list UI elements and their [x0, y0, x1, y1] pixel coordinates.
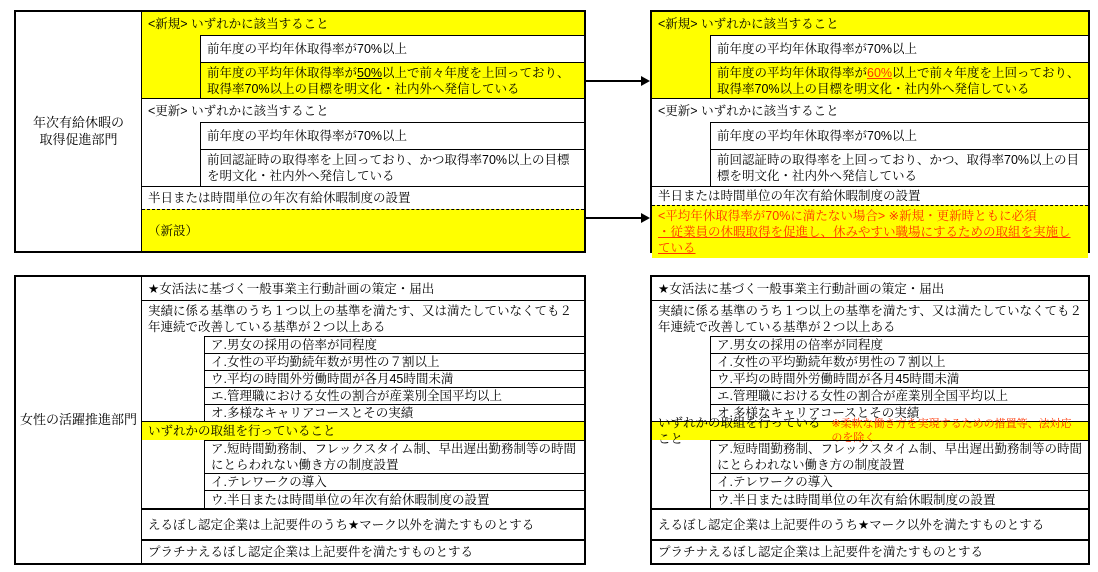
criterion-u-after: ウ.平均の時間外労働時間が各月45時間未満 [711, 370, 1088, 387]
initiatives-header: いずれかの取組を行っていること [142, 422, 584, 440]
category-label-line1: 年次有給休暇の [33, 115, 124, 132]
new-group-stack-after: 前年度の平均年休取得率が70%以上 前年度の平均年休取得率が60%以上で前々年度… [710, 35, 1088, 98]
criterion-e: エ.管理職における女性の割合が産業別全国平均以上 [205, 387, 584, 404]
renewal-criterion-improve-text-after: 前回認証時の取得率を上回っており、かつ、取得率70%以上の目標を明文化・社内外へ… [717, 152, 1082, 184]
initiative-u: ウ.半日または時間単位の年次有給休暇制度の設置 [205, 490, 584, 508]
performance-criteria-intro-text: 実績に係る基準のうち１つ以上の基準を満たす、又は満たしていなくても２年連続で改善… [148, 303, 578, 335]
criterion-i-after: イ.女性の平均勤続年数が男性の７割以上 [711, 353, 1088, 370]
renewal-group-stack-after: 前年度の平均年休取得率が70%以上 前回認証時の取得率を上回っており、かつ、取得… [710, 122, 1088, 186]
new-group-gutter-after [652, 35, 710, 98]
renewal-certification-header: <更新> いずれかに該当すること [142, 99, 584, 122]
below-70pct-required-action: ・従業員の休暇取得を促進し、休みやすい職場にするための取組を実施している [658, 224, 1082, 256]
eruboshi-rule-row-after: えるぼし認定企業は上記要件のうち★マーク以外を満たすものとする [652, 508, 1088, 539]
category-label-line2: 取得促進部門 [39, 132, 117, 149]
new-group-stack: 前年度の平均年休取得率が70%以上 前年度の平均年休取得率が50%以上で前々年度… [200, 35, 584, 98]
criteria-stack: ア.男女の採用の倍率が同程度 イ.女性の平均勤続年数が男性の７割以上 ウ.平均の… [204, 336, 584, 421]
new-criterion-70pct-after: 前年度の平均年休取得率が70%以上 [711, 35, 1088, 62]
initiative-a-text: ア.短時間勤務制、フレックスタイム制、早出遅出勤務制等の時間にとらわれない働き方… [211, 441, 578, 473]
change-arrow-bottom [585, 217, 641, 219]
change-arrow-top [585, 80, 641, 82]
women-advancement-content-after: ★女活法に基づく一般事業主行動計画の策定・届出 実績に係る基準のうち１つ以上の基… [652, 277, 1088, 563]
initiatives-gutter [142, 440, 204, 508]
initiatives-stack-after: ア.短時間勤務制、フレックスタイム制、早出遅出勤務制等の時間にとらわれない働き方… [710, 440, 1088, 508]
initiatives-body-after: ア.短時間勤務制、フレックスタイム制、早出遅出勤務制等の時間にとらわれない働き方… [652, 440, 1088, 508]
new-certification-header: <新規> いずれかに該当すること [142, 12, 584, 35]
criterion-a: ア.男女の採用の倍率が同程度 [205, 336, 584, 353]
new-certification-header-after: <新規> いずれかに該当すること [652, 12, 1088, 35]
initiative-a-after: ア.短時間勤務制、フレックスタイム制、早出遅出勤務制等の時間にとらわれない働き方… [711, 440, 1088, 473]
annual-leave-category-label: 年次有給休暇の 取得促進部門 [16, 12, 142, 251]
initiatives-group-after: いずれかの取組を行っていること ※柔軟な働き方を実現するための措置等、法対応のを… [652, 421, 1088, 508]
renewal-group-gutter-after [652, 122, 710, 186]
renewal-criterion-70pct: 前年度の平均年休取得率が70%以上 [201, 122, 584, 149]
initiative-i-after: イ.テレワークの導入 [711, 473, 1088, 490]
criterion-e-after: エ.管理職における女性の割合が産業別全国平均以上 [711, 387, 1088, 404]
performance-criteria-group-after: 実績に係る基準のうち１つ以上の基準を満たす、又は満たしていなくても２年連続で改善… [652, 300, 1088, 421]
platinum-eruboshi-rule-row: プラチナえるぼし認定企業は上記要件を満たすものとする [142, 539, 584, 563]
criterion-u: ウ.平均の時間外労働時間が各月45時間未満 [205, 370, 584, 387]
renewal-criterion-70pct-after: 前年度の平均年休取得率が70%以上 [711, 122, 1088, 149]
below-70pct-required-row: <平均年休取得率が70%に満たない場合> ※新規・更新時ともに必須 ・従業員の休… [652, 205, 1088, 258]
women-advancement-table-after: ★女活法に基づく一般事業主行動計画の策定・届出 実績に係る基準のうち１つ以上の基… [650, 275, 1090, 565]
criterion-a-after: ア.男女の採用の倍率が同程度 [711, 336, 1088, 353]
performance-criteria-intro: 実績に係る基準のうち１つ以上の基準を満たす、又は満たしていなくても２年連続で改善… [142, 301, 584, 336]
performance-criteria-body-after: ア.男女の採用の倍率が同程度 イ.女性の平均勤続年数が男性の７割以上 ウ.平均の… [652, 336, 1088, 421]
new-certification-body-after: 前年度の平均年休取得率が70%以上 前年度の平均年休取得率が60%以上で前々年度… [652, 35, 1088, 98]
initiatives-header-after: いずれかの取組を行っていること ※柔軟な働き方を実現するための措置等、法対応のを… [652, 422, 1088, 440]
action-plan-row-after: ★女活法に基づく一般事業主行動計画の策定・届出 [652, 277, 1088, 300]
initiative-a: ア.短時間勤務制、フレックスタイム制、早出遅出勤務制等の時間にとらわれない働き方… [205, 440, 584, 473]
platinum-eruboshi-rule-row-after: プラチナえるぼし認定企業は上記要件を満たすものとする [652, 539, 1088, 563]
renewal-group-stack: 前年度の平均年休取得率が70%以上 前回認証時の取得率を上回っており、かつ取得率… [200, 122, 584, 186]
renewal-certification-group: <更新> いずれかに該当すること 前年度の平均年休取得率が70%以上 前回認証時… [142, 98, 584, 186]
criterion-percent-underlined: 50% [357, 66, 382, 80]
criterion-percent-red-underlined: 60% [867, 66, 892, 80]
performance-criteria-group: 実績に係る基準のうち１つ以上の基準を満たす、又は満たしていなくても２年連続で改善… [142, 300, 584, 421]
new-criterion-50pct-text: 前年度の平均年休取得率が50%以上で前々年度を上回っており、取得率70%以上の目… [207, 65, 578, 97]
annual-leave-content-after: <新規> いずれかに該当すること 前年度の平均年休取得率が70%以上 前年度の平… [652, 12, 1088, 251]
criterion-prefix-after: 前年度の平均年休取得率が [717, 66, 867, 80]
initiative-a-text-after: ア.短時間勤務制、フレックスタイム制、早出遅出勤務制等の時間にとらわれない働き方… [717, 441, 1082, 473]
initiatives-group: いずれかの取組を行っていること ア.短時間勤務制、フレックスタイム制、早出遅出勤… [142, 421, 584, 508]
new-certification-body: 前年度の平均年休取得率が70%以上 前年度の平均年休取得率が50%以上で前々年度… [142, 35, 584, 98]
renewal-criterion-improve-after: 前回認証時の取得率を上回っており、かつ、取得率70%以上の目標を明文化・社内外へ… [711, 149, 1088, 186]
new-group-gutter [142, 35, 200, 98]
initiatives-gutter-after [652, 440, 710, 508]
performance-criteria-intro-text-after: 実績に係る基準のうち１つ以上の基準を満たす、又は満たしていなくても２年連続で改善… [658, 303, 1082, 335]
initiative-i: イ.テレワークの導入 [205, 473, 584, 490]
half-day-leave-row-after: 半日または時間単位の年次有給休暇制度の設置 [652, 186, 1088, 205]
new-certification-group-after: <新規> いずれかに該当すること 前年度の平均年休取得率が70%以上 前年度の平… [652, 12, 1088, 98]
women-advancement-category-label: 女性の活躍推進部門 [16, 277, 142, 563]
new-certification-group: <新規> いずれかに該当すること 前年度の平均年休取得率が70%以上 前年度の平… [142, 12, 584, 98]
eruboshi-rule-row: えるぼし認定企業は上記要件のうち★マーク以外を満たすものとする [142, 508, 584, 539]
criterion-prefix: 前年度の平均年休取得率が [207, 66, 357, 80]
half-day-leave-row: 半日または時間単位の年次有給休暇制度の設置 [142, 186, 584, 209]
criterion-i: イ.女性の平均勤続年数が男性の７割以上 [205, 353, 584, 370]
action-plan-row: ★女活法に基づく一般事業主行動計画の策定・届出 [142, 277, 584, 300]
initiatives-body: ア.短時間勤務制、フレックスタイム制、早出遅出勤務制等の時間にとらわれない働き方… [142, 440, 584, 508]
performance-criteria-intro-after: 実績に係る基準のうち１つ以上の基準を満たす、又は満たしていなくても２年連続で改善… [652, 301, 1088, 336]
newly-added-placeholder-row: （新設） [142, 209, 584, 251]
criterion-o: オ.多様なキャリアコースとその実績 [205, 404, 584, 421]
women-advancement-content: ★女活法に基づく一般事業主行動計画の策定・届出 実績に係る基準のうち１つ以上の基… [142, 277, 584, 563]
renewal-certification-body-after: 前年度の平均年休取得率が70%以上 前回認証時の取得率を上回っており、かつ、取得… [652, 122, 1088, 186]
new-criterion-50pct: 前年度の平均年休取得率が50%以上で前々年度を上回っており、取得率70%以上の目… [201, 62, 584, 98]
criteria-gutter [142, 336, 204, 421]
renewal-criterion-improve-text: 前回認証時の取得率を上回っており、かつ取得率70%以上の目標を明文化・社内外へ発… [207, 152, 578, 184]
criteria-stack-after: ア.男女の採用の倍率が同程度 イ.女性の平均勤続年数が男性の７割以上 ウ.平均の… [710, 336, 1088, 421]
annual-leave-content: <新規> いずれかに該当すること 前年度の平均年休取得率が70%以上 前年度の平… [142, 12, 584, 251]
initiatives-stack: ア.短時間勤務制、フレックスタイム制、早出遅出勤務制等の時間にとらわれない働き方… [204, 440, 584, 508]
new-criterion-70pct: 前年度の平均年休取得率が70%以上 [201, 35, 584, 62]
women-advancement-table-before: 女性の活躍推進部門 ★女活法に基づく一般事業主行動計画の策定・届出 実績に係る基… [14, 275, 586, 565]
renewal-criterion-improve: 前回認証時の取得率を上回っており、かつ取得率70%以上の目標を明文化・社内外へ発… [201, 149, 584, 186]
renewal-group-gutter [142, 122, 200, 186]
women-category-label-text: 女性の活躍推進部門 [20, 412, 137, 429]
renewal-certification-group-after: <更新> いずれかに該当すること 前年度の平均年休取得率が70%以上 前回認証時… [652, 98, 1088, 186]
renewal-certification-body: 前年度の平均年休取得率が70%以上 前回認証時の取得率を上回っており、かつ取得率… [142, 122, 584, 186]
new-criterion-60pct-after: 前年度の平均年休取得率が60%以上で前々年度を上回っており、取得率70%以上の目… [711, 62, 1088, 98]
performance-criteria-body: ア.男女の採用の倍率が同程度 イ.女性の平均勤続年数が男性の７割以上 ウ.平均の… [142, 336, 584, 421]
new-criterion-60pct-text: 前年度の平均年休取得率が60%以上で前々年度を上回っており、取得率70%以上の目… [717, 65, 1082, 97]
annual-leave-table-before: 年次有給休暇の 取得促進部門 <新規> いずれかに該当すること 前年度の平均年休… [14, 10, 586, 253]
annual-leave-table-after: <新規> いずれかに該当すること 前年度の平均年休取得率が70%以上 前年度の平… [650, 10, 1090, 253]
criteria-gutter-after [652, 336, 710, 421]
renewal-certification-header-after: <更新> いずれかに該当すること [652, 99, 1088, 122]
below-70pct-required-title: <平均年休取得率が70%に満たない場合> ※新規・更新時ともに必須 [658, 208, 1037, 224]
initiative-u-after: ウ.半日または時間単位の年次有給休暇制度の設置 [711, 490, 1088, 508]
